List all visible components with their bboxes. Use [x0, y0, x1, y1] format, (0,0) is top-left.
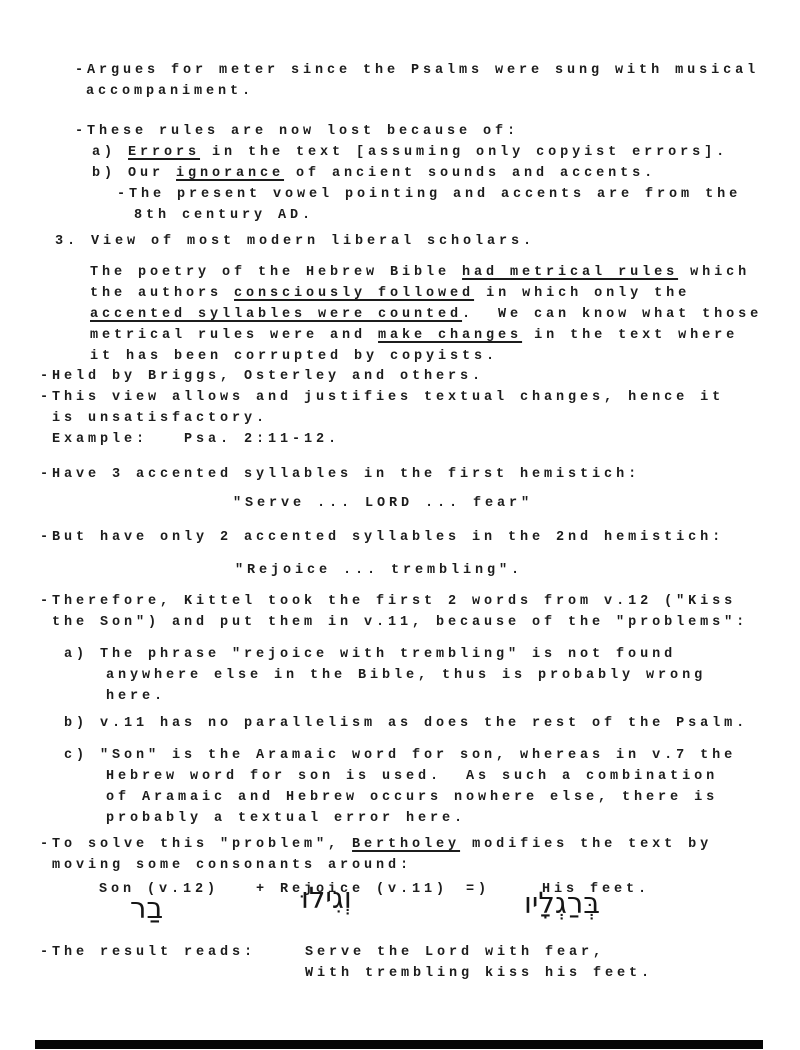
- text-segment: b) Our: [92, 166, 176, 181]
- text-segment: -But have only 2 accented syllables in t…: [40, 530, 724, 545]
- text-segment: modifies the text by: [460, 837, 712, 852]
- document-line: Hebrew word for son is used. As such a c…: [106, 768, 718, 785]
- document-line: -These rules are now lost because of:: [75, 123, 519, 140]
- document-line: -But have only 2 accented syllables in t…: [40, 529, 724, 546]
- document-line: b) v.11 has no parallelism as does the r…: [64, 715, 748, 732]
- text-segment: -Held by Briggs, Osterley and others.: [40, 369, 484, 384]
- text-segment: c) "Son" is the Aramaic word for son, wh…: [64, 748, 736, 763]
- text-segment: moving some consonants around:: [52, 858, 412, 873]
- document-line: here.: [106, 688, 166, 705]
- text-segment: . We can know what those: [462, 307, 762, 322]
- text-segment: "Serve ... LORD ... fear": [233, 496, 533, 511]
- underlined-text: had metrical rules: [462, 265, 678, 280]
- text-segment: -Argues for meter since the Psalms were …: [75, 63, 759, 78]
- scanned-document-page: -Argues for meter since the Psalms were …: [0, 0, 800, 1050]
- hebrew-word: וְגִילוּ: [301, 881, 352, 915]
- text-segment: is unsatisfactory.: [52, 411, 268, 426]
- document-line: -The result reads:: [40, 944, 256, 961]
- text-segment: of ancient sounds and accents.: [284, 166, 656, 181]
- text-segment: a): [92, 145, 128, 160]
- text-segment: Hebrew word for son is used. As such a c…: [106, 769, 718, 784]
- text-segment: a) The phrase "rejoice with trembling" i…: [64, 647, 676, 662]
- document-line: moving some consonants around:: [52, 857, 412, 874]
- text-segment: -Therefore, Kittel took the first 2 word…: [40, 594, 736, 609]
- document-line: -Therefore, Kittel took the first 2 word…: [40, 593, 736, 610]
- text-segment: which: [678, 265, 750, 280]
- scan-artifact-bar: [35, 1040, 763, 1049]
- text-segment: 3. View of most modern liberal scholars.: [55, 234, 535, 249]
- text-segment: בַר: [130, 891, 163, 925]
- document-line: "Serve ... LORD ... fear": [233, 495, 533, 512]
- document-line: of Aramaic and Hebrew occurs nowhere els…: [106, 789, 718, 806]
- underlined-text: Errors: [128, 145, 200, 160]
- document-line: the Son") and put them in v.11, because …: [52, 614, 748, 631]
- underlined-text: Bertholey: [352, 837, 460, 852]
- document-line: With trembling kiss his feet.: [305, 965, 653, 982]
- underlined-text: consciously followed: [234, 286, 474, 301]
- text-segment: וְגִילוּ: [301, 881, 352, 915]
- document-line: Serve the Lord with fear,: [305, 944, 605, 961]
- document-line: 8th century AD.: [134, 207, 314, 224]
- document-line: Example: Psa. 2:11-12.: [52, 431, 340, 448]
- document-line: -Held by Briggs, Osterley and others.: [40, 368, 484, 385]
- document-line: a) Errors in the text [assuming only cop…: [92, 144, 728, 161]
- text-segment: =): [466, 882, 490, 897]
- underlined-text: accented syllables were counted: [90, 307, 462, 322]
- text-segment: 8th century AD.: [134, 208, 314, 223]
- text-segment: בְּרַגְלָיו: [524, 886, 600, 920]
- text-segment: -This view allows and justifies textual …: [40, 390, 724, 405]
- text-segment: anywhere else in the Bible, thus is prob…: [106, 668, 706, 683]
- text-segment: the authors: [90, 286, 234, 301]
- text-segment: -The present vowel pointing and accents …: [117, 187, 741, 202]
- document-line: probably a textual error here.: [106, 810, 466, 827]
- document-line: anywhere else in the Bible, thus is prob…: [106, 667, 706, 684]
- text-segment: the Son") and put them in v.11, because …: [52, 615, 748, 630]
- text-segment: Example: Psa. 2:11-12.: [52, 432, 340, 447]
- document-line: a) The phrase "rejoice with trembling" i…: [64, 646, 676, 663]
- document-line: =): [466, 881, 490, 898]
- text-segment: in the text [assuming only copyist error…: [200, 145, 728, 160]
- document-line: metrical rules were and make changes in …: [90, 327, 738, 344]
- text-segment: -To solve this "problem",: [40, 837, 352, 852]
- document-line: -This view allows and justifies textual …: [40, 389, 724, 406]
- text-segment: + Rejoice (v.11): [256, 882, 448, 897]
- document-line: -Argues for meter since the Psalms were …: [75, 62, 759, 79]
- underlined-text: ignorance: [176, 166, 284, 181]
- text-segment: With trembling kiss his feet.: [305, 966, 653, 981]
- document-line: it has been corrupted by copyists.: [90, 348, 498, 365]
- hebrew-word: בְּרַגְלָיו: [524, 886, 600, 920]
- document-line: The poetry of the Hebrew Bible had metri…: [90, 264, 750, 281]
- text-segment: in the text where: [522, 328, 738, 343]
- document-line: 3. View of most modern liberal scholars.: [55, 233, 535, 250]
- document-line: the authors consciously followed in whic…: [90, 285, 690, 302]
- text-segment: here.: [106, 689, 166, 704]
- document-line: accented syllables were counted. We can …: [90, 306, 762, 323]
- text-segment: of Aramaic and Hebrew occurs nowhere els…: [106, 790, 718, 805]
- text-segment: The poetry of the Hebrew Bible: [90, 265, 462, 280]
- text-segment: in which only the: [474, 286, 690, 301]
- document-line: -The present vowel pointing and accents …: [117, 186, 741, 203]
- text-segment: probably a textual error here.: [106, 811, 466, 826]
- document-line: -Have 3 accented syllables in the first …: [40, 466, 640, 483]
- underlined-text: make changes: [378, 328, 522, 343]
- document-line: -To solve this "problem", Bertholey modi…: [40, 836, 712, 853]
- text-segment: -Have 3 accented syllables in the first …: [40, 467, 640, 482]
- text-segment: metrical rules were and: [90, 328, 378, 343]
- text-segment: -These rules are now lost because of:: [75, 124, 519, 139]
- document-line: "Rejoice ... trembling".: [235, 562, 523, 579]
- document-line: b) Our ignorance of ancient sounds and a…: [92, 165, 656, 182]
- document-line: is unsatisfactory.: [52, 410, 268, 427]
- document-line: c) "Son" is the Aramaic word for son, wh…: [64, 747, 736, 764]
- text-segment: -The result reads:: [40, 945, 256, 960]
- text-segment: "Rejoice ... trembling".: [235, 563, 523, 578]
- text-segment: b) v.11 has no parallelism as does the r…: [64, 716, 748, 731]
- hebrew-word: בַר: [130, 891, 163, 925]
- document-line: + Rejoice (v.11): [256, 881, 448, 898]
- text-segment: Serve the Lord with fear,: [305, 945, 605, 960]
- text-segment: it has been corrupted by copyists.: [90, 349, 498, 364]
- document-line: accompaniment.: [86, 83, 254, 100]
- text-segment: accompaniment.: [86, 84, 254, 99]
